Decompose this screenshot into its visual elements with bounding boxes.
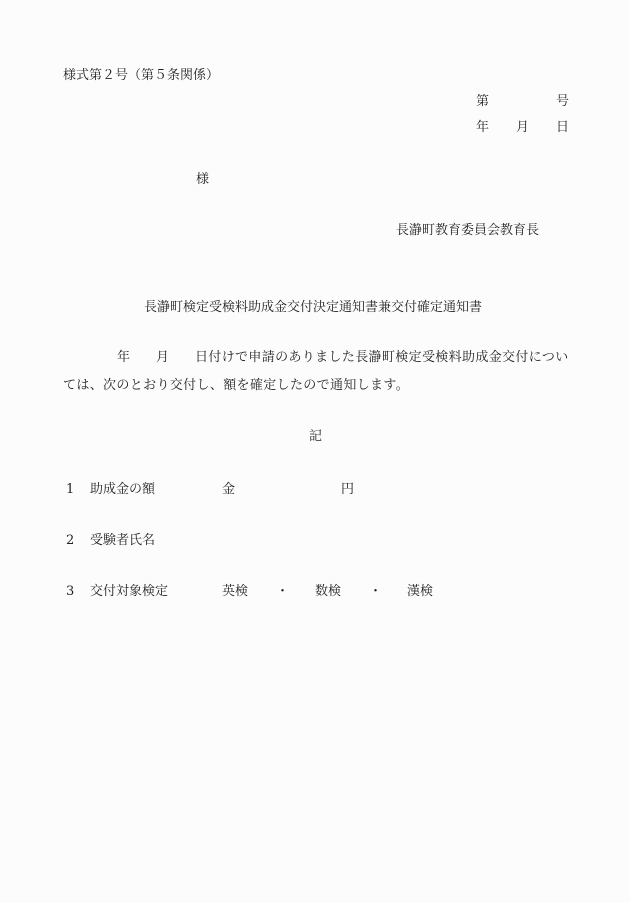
date-day: 日 xyxy=(556,120,569,136)
item-label-target-exam: 交付対象検定 xyxy=(90,584,168,600)
separator-dot: ・ xyxy=(369,584,382,600)
ref-number-suffix: 号 xyxy=(556,94,569,110)
ref-number-prefix: 第 xyxy=(476,94,489,110)
exam-option-suken: 数検 xyxy=(315,584,341,600)
item-number: 3 xyxy=(66,584,74,600)
item-number: 1 xyxy=(66,482,74,498)
document-title: 長瀞町検定受検料助成金交付決定通知書兼交付確定通知書 xyxy=(144,300,482,316)
ki-heading: 記 xyxy=(309,429,322,445)
exam-option-eiken: 英検 xyxy=(222,584,248,600)
separator-dot: ・ xyxy=(276,584,289,600)
exam-option-kanken: 漢検 xyxy=(407,584,433,600)
amount-suffix: 円 xyxy=(341,482,354,498)
amount-prefix: 金 xyxy=(222,482,235,498)
body-line2: ては、次のとおり交付し、額を確定したので通知します。 xyxy=(63,378,409,394)
date-year: 年 xyxy=(476,120,489,136)
body-line1: 日付けで申請のありました長瀞町検定受検料助成金交付につい xyxy=(195,350,569,366)
issuer: 長瀞町教育委員会教育長 xyxy=(396,223,539,239)
item-label-amount: 助成金の額 xyxy=(90,482,155,498)
body-year: 年 xyxy=(117,350,130,366)
date-month: 月 xyxy=(516,120,529,136)
recipient-suffix: 様 xyxy=(196,172,209,188)
body-month: 月 xyxy=(156,350,169,366)
item-label-examinee-name: 受験者氏名 xyxy=(90,533,155,549)
form-number: 様式第２号（第５条関係） xyxy=(63,68,219,84)
item-number: 2 xyxy=(66,533,74,549)
